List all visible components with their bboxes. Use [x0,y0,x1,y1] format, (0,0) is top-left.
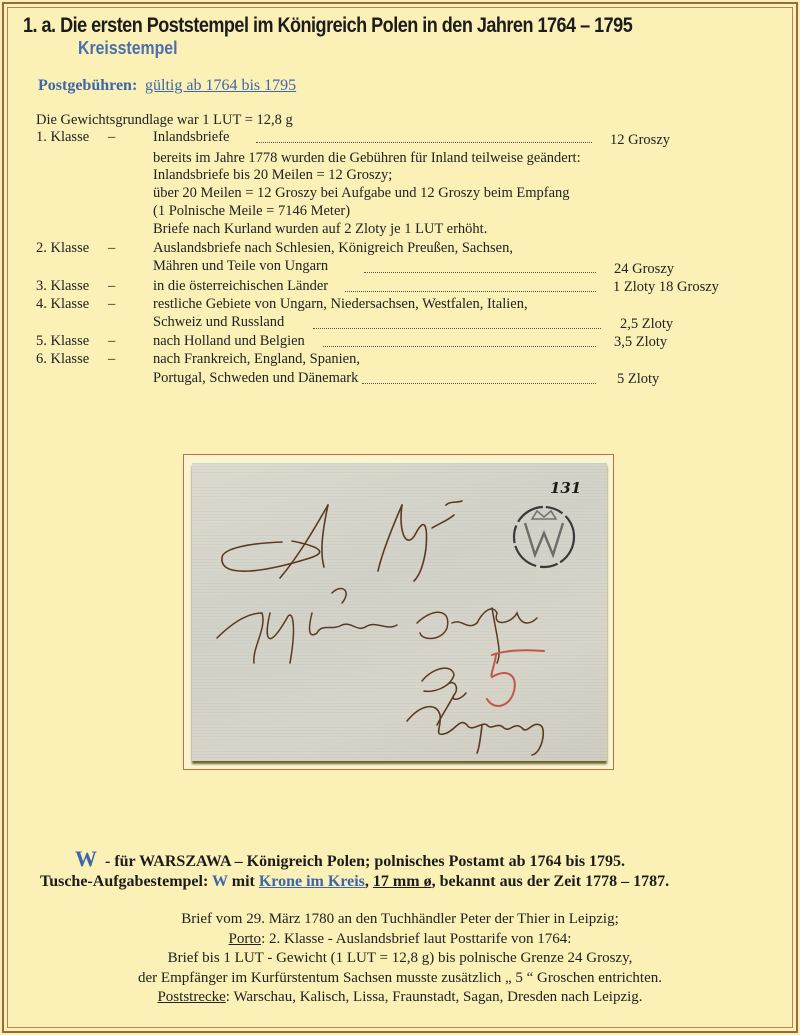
caption-stamp-description: Tusche-Aufgabestempel: W mit Krone im Kr… [40,873,669,891]
class-5-dash: – [108,332,115,350]
page-title: 1. a. Die ersten Poststempel im Königrei… [23,14,632,38]
album-page: 1. a. Die ersten Poststempel im Königrei… [0,0,800,1035]
class-4-label: 4. Klasse [36,295,89,313]
class-6-leader [362,382,596,384]
class-4-dash: – [108,295,115,313]
fees-label: Postgebühren: [38,77,137,95]
class-3-dash: – [108,277,115,295]
page-subtitle: Kreisstempel [78,38,177,59]
class-2-label: 2. Klasse [36,239,89,257]
class-2-dash: – [108,239,115,257]
details-line-1: Brief vom 29. März 1780 an den Tuchhändl… [0,910,800,930]
crown-w-stamp-icon [514,507,574,567]
class-3-desc: in die österreichischen Länder [153,277,328,295]
class-3-price: 1 Zloty 18 Groszy [613,278,719,296]
caption-warszawa: W - für WARSZAWA – Königreich Polen; pol… [75,846,625,872]
details-line-4: der Empfänger im Kurfürstentum Sachsen m… [0,969,800,989]
class-1-note-3: über 20 Meilen = 12 Groszy bei Aufgabe u… [153,184,570,202]
caption-line2-prefix: Tusche-Aufgabestempel: [40,873,212,890]
class-6-desc-2: Portugal, Schweden und Dänemark [153,369,358,387]
class-1-label: 1. Klasse [36,128,89,146]
caption-line2-mit: mit [228,873,259,890]
poststrecke-label: Poststrecke [157,989,225,1005]
class-1-note-4: (1 Polnische Meile = 7146 Meter) [153,202,350,220]
class-1-dash: – [108,128,115,146]
weight-basis: Die Gewichtsgrundlage war 1 LUT = 12,8 g [36,111,293,129]
handwriting-illustration: 131 [192,463,607,761]
class-2-price: 24 Groszy [614,260,674,278]
class-2-desc-2: Mähren und Teile von Ungarn [153,257,328,275]
class-1-desc: Inlandsbriefe [153,128,230,146]
caption-line2-suffix: , bekannt aus der Zeit 1778 – 1787. [432,873,670,890]
fees-validity: gültig ab 1764 bis 1795 [145,77,296,95]
caption-line1-text: - für WARSZAWA – Königreich Polen; polni… [105,853,625,870]
class-1-leader [256,141,592,143]
porto-label: Porto [229,931,262,947]
poststrecke-text: : Warschau, Kalisch, Lissa, Fraunstadt, … [226,989,643,1005]
class-2-leader [364,271,596,273]
caption-stamp-size: 17 mm ø [373,873,432,890]
class-2-desc-1: Auslandsbriefe nach Schlesien, Königreic… [153,239,513,257]
red-postage-marking [487,650,544,706]
class-5-leader [323,345,596,347]
porto-text: : 2. Klasse - Auslandsbrief laut Posttar… [261,931,571,947]
details-line-2: Porto: 2. Klasse - Auslandsbrief laut Po… [0,930,800,950]
class-6-desc-1: nach Frankreich, England, Spanien, [153,350,360,368]
letter-cover-image: 131 [192,463,607,761]
class-1-price: 12 Groszy [610,131,670,149]
caption-crown-in-circle: Krone im Kreis [259,873,365,890]
class-4-desc-2: Schweiz und Russland [153,313,284,331]
class-6-price: 5 Zloty [617,370,659,388]
class-6-label: 6. Klasse [36,350,89,368]
caption-line2-w: W [212,873,228,890]
class-4-leader [313,327,601,329]
class-4-price: 2,5 Zloty [620,315,673,333]
letter-details: Brief vom 29. März 1780 an den Tuchhändl… [0,910,800,1008]
class-5-price: 3,5 Zloty [614,333,667,351]
details-line-5: Poststrecke: Warschau, Kalisch, Lissa, F… [0,988,800,1008]
caption-line2-comma: , [365,873,373,890]
class-1-note-2: Inlandsbriefe bis 20 Meilen = 12 Groszy; [153,166,392,184]
class-4-desc-1: restliche Gebiete von Ungarn, Niedersach… [153,295,528,313]
docket-number: 131 [550,479,581,497]
details-line-3: Brief bis 1 LUT - Gewicht (1 LUT = 12,8 … [0,949,800,969]
class-1-note-1: bereits im Jahre 1778 wurden die Gebühre… [153,149,581,167]
class-3-leader [345,290,596,292]
w-letter: W [75,846,97,871]
class-3-label: 3. Klasse [36,277,89,295]
class-5-desc: nach Holland und Belgien [153,332,305,350]
class-6-dash: – [108,350,115,368]
class-1-note-5: Briefe nach Kurland wurden auf 2 Zloty j… [153,220,487,238]
class-5-label: 5. Klasse [36,332,89,350]
